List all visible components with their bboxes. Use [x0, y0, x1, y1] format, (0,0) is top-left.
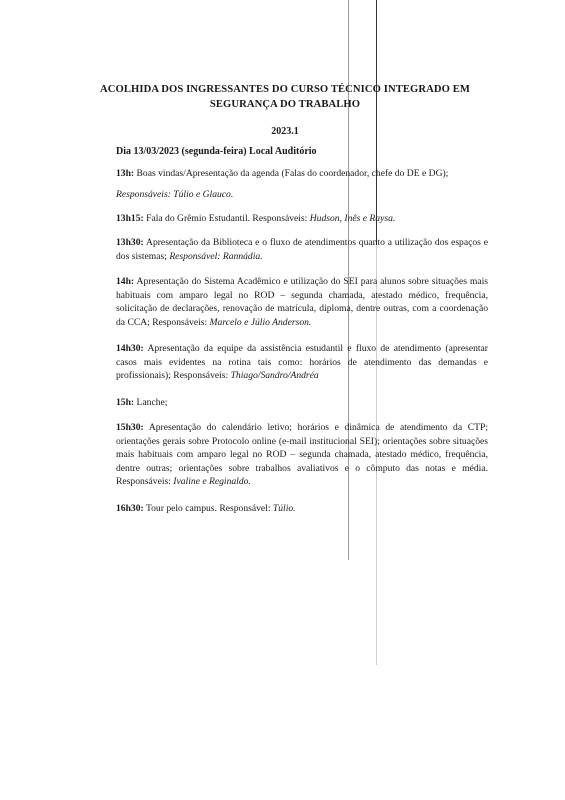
- agenda-text: Lanche;: [134, 397, 167, 408]
- agenda-text: Tour pelo campus. Responsável:: [144, 503, 273, 514]
- agenda-item: 13h: Boas vindas/Apresentação da agenda …: [116, 167, 488, 181]
- agenda-item: 15h30: Apresentação do calendário letivo…: [116, 421, 488, 489]
- title-line-2: SEGURANÇA DO TRABALHO: [60, 97, 510, 112]
- agenda-item: Responsáveis: Túlio e Glauco.: [116, 188, 488, 202]
- agenda-time: 13h:: [116, 168, 134, 179]
- agenda-text: Apresentação do calendário letivo; horár…: [116, 422, 488, 487]
- agenda-time: 14h30:: [116, 343, 144, 354]
- day-and-location: Dia 13/03/2023 (segunda-feira) Local Aud…: [116, 146, 317, 157]
- agenda-item: 14h: Apresentação do Sistema Acadêmico e…: [116, 275, 488, 329]
- scan-artifact-line: [376, 0, 377, 245]
- agenda-responsible-names: Hudson, Inês e Raysa.: [310, 213, 396, 224]
- document-title: ACOLHIDA DOS INGRESSANTES DO CURSO TÉCNI…: [60, 82, 510, 112]
- agenda-responsible-names: Marcelo e Júlio Anderson.: [210, 317, 312, 328]
- agenda-responsible-label: Responsável:: [169, 251, 223, 262]
- agenda-item: 16h30: Tour pelo campus. Responsável: Tú…: [116, 502, 488, 516]
- agenda-responsible-names: Thiago/Sandro/Andréa: [231, 370, 319, 381]
- period: 2023.1: [60, 126, 510, 137]
- agenda-time: 15h:: [116, 397, 134, 408]
- agenda-time: 13h30:: [116, 237, 144, 248]
- agenda-item: 13h30: Apresentação da Biblioteca e o fl…: [116, 236, 488, 263]
- scanned-document-page: ACOLHIDA DOS INGRESSANTES DO CURSO TÉCNI…: [0, 0, 565, 800]
- agenda-time: 16h30:: [116, 503, 144, 514]
- agenda-responsible-names: Ivaline e Reginaldo.: [173, 476, 251, 487]
- agenda-item: 15h: Lanche;: [116, 396, 488, 410]
- agenda-responsible-names: Rannádia.: [223, 251, 263, 262]
- agenda-responsible-names: Túlio.: [273, 503, 296, 514]
- agenda-time: 14h:: [116, 276, 134, 287]
- agenda-responsible-names: Túlio e Glauco.: [173, 189, 233, 200]
- title-line-1: ACOLHIDA DOS INGRESSANTES DO CURSO TÉCNI…: [60, 82, 510, 97]
- agenda-time: 13h15:: [116, 213, 144, 224]
- agenda-responsible-label: Responsáveis:: [116, 189, 173, 200]
- agenda-item: 13h15: Fala do Grêmio Estudantil. Respon…: [116, 212, 488, 226]
- agenda-time: 15h30:: [116, 422, 144, 433]
- agenda-text: Fala do Grêmio Estudantil. Responsáveis:: [144, 213, 310, 224]
- agenda-item: 14h30: Apresentação da equipe da assistê…: [116, 342, 488, 383]
- agenda-text: Boas vindas/Apresentação da agenda (Fala…: [134, 168, 448, 179]
